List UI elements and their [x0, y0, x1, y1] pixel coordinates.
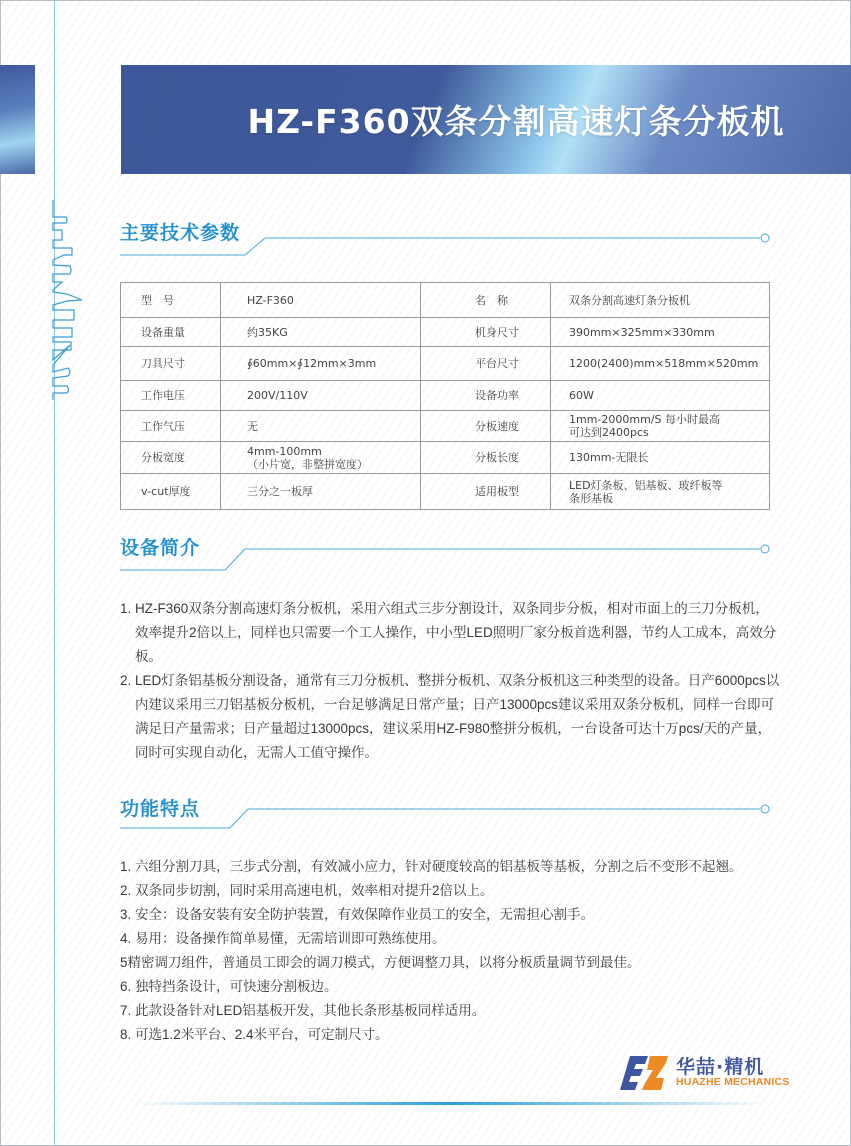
spec-value: 1200(2400)mm×518mm×520mm [551, 347, 770, 381]
table-row: 型 号 HZ-F360 名 称 双条分割高速灯条分板机 [121, 283, 770, 318]
list-item: 4. 易用：设备操作简单易懂，无需培训即可熟练使用。 [120, 927, 780, 951]
section-title-features: 功能特点 [120, 794, 200, 821]
list-item: 2. LED灯条铝基板分割设备，通常有三刀分板机、整拼分板机、双条分板机这三种类… [120, 669, 780, 765]
spec-label: 工作电压 [121, 381, 221, 411]
list-item: 1. 六组分割刀具，三步式分割，有效减小应力，针对硬度较高的铝基板等基板，分割之… [120, 855, 780, 879]
spec-label: 平台尺寸 [421, 347, 551, 381]
list-item: 6. 独特挡条设计，可快速分割板边。 [120, 975, 780, 999]
spec-value-line: 4mm-100mm [247, 445, 412, 458]
spec-label: 适用板型 [421, 474, 551, 510]
footer-divider [130, 1102, 770, 1105]
hz-logo-icon [620, 1054, 670, 1092]
spec-value: LED灯条板、铝基板、玻纤板等 条形基板 [551, 474, 770, 510]
spec-value-line: 条形基板 [569, 492, 761, 505]
logo-english-name: HUAZHE MECHANICS [676, 1076, 789, 1088]
spec-value: 三分之一板厚 [221, 474, 421, 510]
table-row: 工作气压 无 分板速度 1mm-2000mm/S 每小时最高 可达到2400pc… [121, 411, 770, 442]
spec-value: 130mm-无限长 [551, 442, 770, 474]
features-list: 1. 六组分割刀具，三步式分割，有效减小应力，针对硬度较高的铝基板等基板，分割之… [120, 855, 780, 1047]
specs-table: 型 号 HZ-F360 名 称 双条分割高速灯条分板机 设备重量 约35KG 机… [120, 282, 770, 510]
table-row: 刀具尺寸 ∮60mm×∮12mm×3mm 平台尺寸 1200(2400)mm×5… [121, 347, 770, 381]
spec-value-line: 1mm-2000mm/S 每小时最高 [569, 413, 761, 426]
spec-label: 分板速度 [421, 411, 551, 442]
spec-value: 390mm×325mm×330mm [551, 318, 770, 347]
intro-list: 1. HZ-F360双条分割高速灯条分板机，采用六组式三步分割设计，双条同步分板… [120, 597, 780, 765]
section-divider-icon [120, 533, 780, 573]
spec-value: HZ-F360 [221, 283, 421, 318]
spec-value-line: 可达到2400pcs [569, 426, 761, 439]
list-item: 5精密调刀组件，普通员工即会的调刀模式，方便调整刀具，以将分板质量调节到最佳。 [120, 951, 780, 975]
section-header-intro: 设备简介 [120, 533, 770, 573]
spec-label: v-cut厚度 [121, 474, 221, 510]
spec-value-line: （小片宽，非整拼宽度） [247, 458, 412, 471]
spec-value: ∮60mm×∮12mm×3mm [221, 347, 421, 381]
table-row: 工作电压 200V/110V 设备功率 60W [121, 381, 770, 411]
logo-chinese-name: 华喆·精机 [676, 1052, 764, 1079]
spec-value: 无 [221, 411, 421, 442]
section-title-specs: 主要技术参数 [120, 218, 240, 245]
company-logo: 华喆·精机 HUAZHE MECHANICS [620, 1052, 790, 1094]
table-row: 分板宽度 4mm-100mm （小片宽，非整拼宽度） 分板长度 130mm-无限… [121, 442, 770, 474]
list-item: 1. HZ-F360双条分割高速灯条分板机，采用六组式三步分割设计，双条同步分板… [120, 597, 780, 669]
title-banner: HZ-F360双条分割高速灯条分板机 [121, 65, 851, 174]
left-accent-bar [0, 65, 35, 174]
spec-value-line: LED灯条板、铝基板、玻纤板等 [569, 479, 761, 492]
spec-label: 型 号 [121, 283, 221, 318]
spec-label: 机身尺寸 [421, 318, 551, 347]
spec-label: 设备功率 [421, 381, 551, 411]
spec-label: 分板长度 [421, 442, 551, 474]
spec-value: 双条分割高速灯条分板机 [551, 283, 770, 318]
spec-value: 4mm-100mm （小片宽，非整拼宽度） [221, 442, 421, 474]
list-item: 7. 此款设备针对LED铝基板开发，其他长条形基板同样适用。 [120, 999, 780, 1023]
spec-label: 分板宽度 [121, 442, 221, 474]
section-header-features: 功能特点 [120, 794, 770, 834]
spec-label: 名 称 [421, 283, 551, 318]
spec-value: 约35KG [221, 318, 421, 347]
spec-value: 60W [551, 381, 770, 411]
list-item: 3. 安全：设备安装有安全防护装置，有效保障作业员工的安全，无需担心割手。 [120, 903, 780, 927]
section-title-intro: 设备简介 [120, 533, 200, 560]
section-divider-icon [120, 794, 780, 834]
spec-label: 工作气压 [121, 411, 221, 442]
list-item: 2. 双条同步切割，同时采用高速电机，效率相对提升2倍以上。 [120, 879, 780, 903]
list-item: 8. 可选1.2米平台、2.4米平台，可定制尺寸。 [120, 1023, 780, 1047]
table-row: v-cut厚度 三分之一板厚 适用板型 LED灯条板、铝基板、玻纤板等 条形基板 [121, 474, 770, 510]
waveform-decoration-icon [52, 200, 92, 400]
table-row: 设备重量 约35KG 机身尺寸 390mm×325mm×330mm [121, 318, 770, 347]
left-vertical-line [54, 0, 55, 1146]
spec-value: 200V/110V [221, 381, 421, 411]
page-title: HZ-F360双条分割高速灯条分板机 [247, 96, 784, 143]
spec-label: 设备重量 [121, 318, 221, 347]
spec-value: 1mm-2000mm/S 每小时最高 可达到2400pcs [551, 411, 770, 442]
spec-label: 刀具尺寸 [121, 347, 221, 381]
section-header-specs: 主要技术参数 [120, 218, 770, 258]
